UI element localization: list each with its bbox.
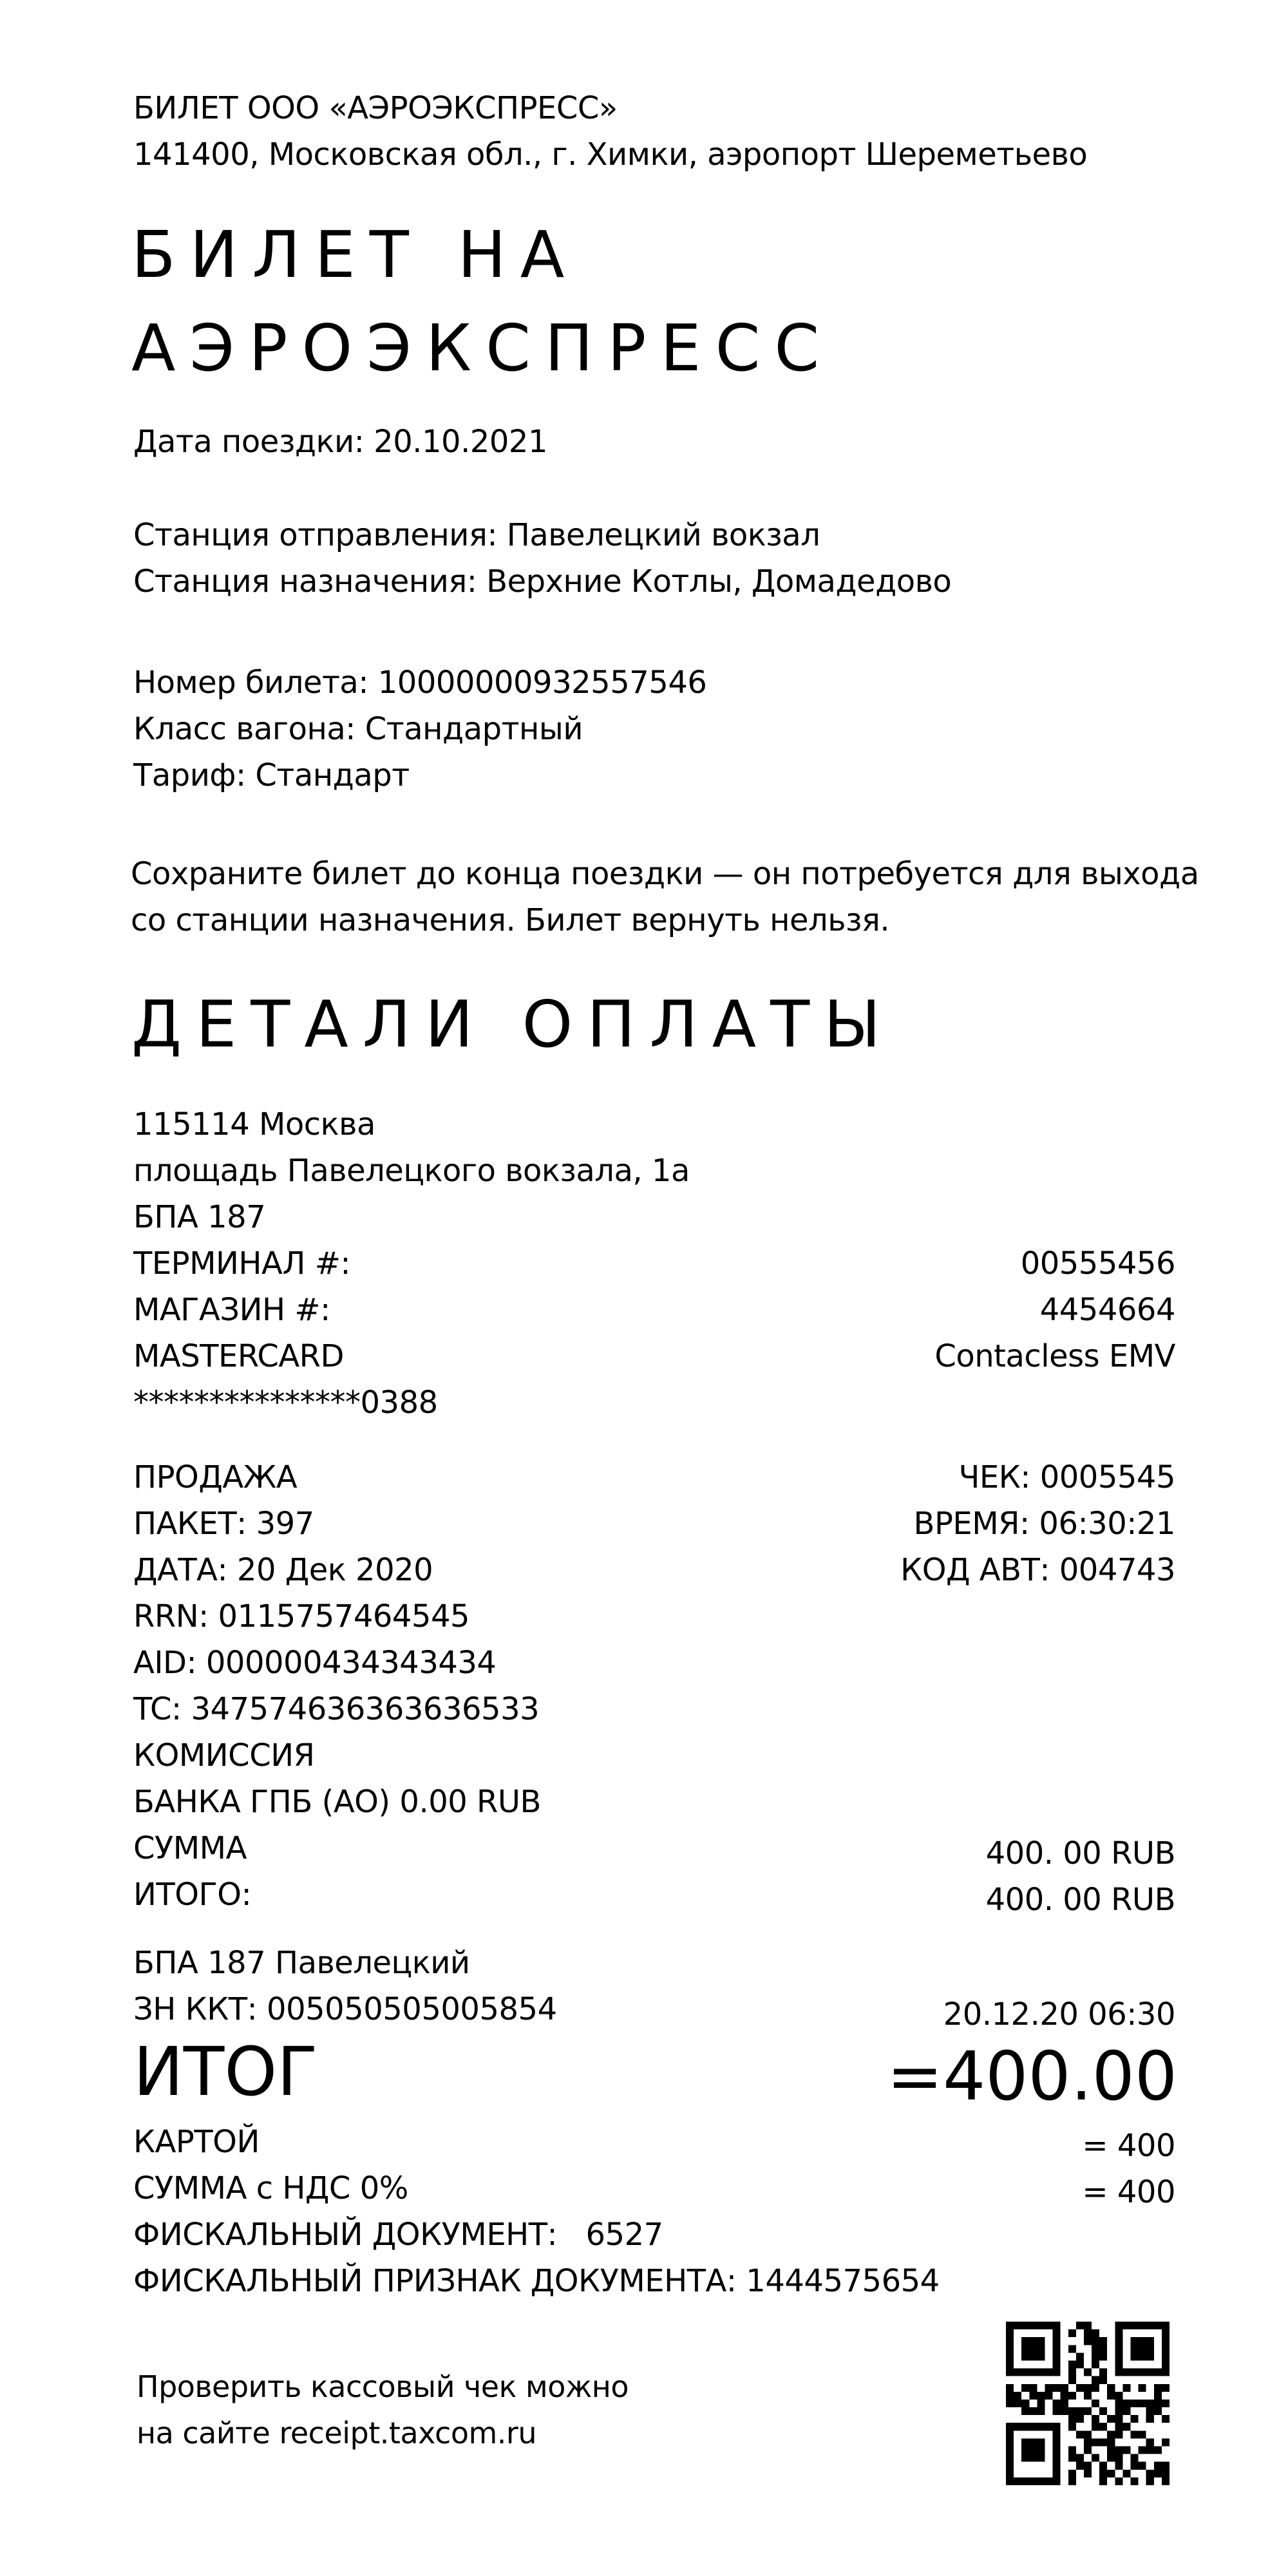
total-value: 400. 00 RUB xyxy=(986,1884,1175,1915)
grand-total-value: =400.00 xyxy=(887,2043,1177,2110)
fiscal-document: ФИСКАЛЬНЫЙ ДОКУМЕНТ: 6527 xyxy=(133,2219,663,2250)
verify-line1: Проверить кассовый чек можно xyxy=(137,2372,629,2401)
trip-date: Дата поездки: 20.10.2021 xyxy=(133,426,547,457)
arrival-station: Станция назначения: Верхние Котлы, Домад… xyxy=(133,566,951,597)
notice-line1: Сохраните билет до конца поездки — он по… xyxy=(131,858,1199,889)
departure-station: Станция отправления: Павелецкий вокзал xyxy=(133,520,820,551)
vat-label: СУММА с НДС 0% xyxy=(133,2173,408,2204)
company-name: БИЛЕТ ООО «АЭРОЭКСПРЕСС» xyxy=(133,93,618,124)
card-type: MASTERCARD xyxy=(133,1341,344,1372)
card-payment-value: = 400 xyxy=(1082,2130,1175,2161)
tariff: Тариф: Стандарт xyxy=(133,760,410,791)
fiscal-sign: ФИСКАЛЬНЫЙ ПРИЗНАК ДОКУМЕНТА: 1444575654 xyxy=(133,2266,940,2297)
payment-city: 115114 Москва xyxy=(133,1109,375,1140)
terminal-label: ТЕРМИНАЛ #: xyxy=(133,1248,350,1279)
transaction-date: ДАТА: 20 Дек 2020 xyxy=(133,1555,433,1586)
transaction-time: ВРЕМЯ: 06:30:21 xyxy=(914,1508,1175,1539)
commission-label: КОМИССИЯ xyxy=(133,1740,314,1771)
check-number: ЧЕК: 0005545 xyxy=(958,1462,1175,1493)
payment-bpa: БПА 187 xyxy=(133,1202,265,1233)
bpa-name: БПА 187 Павелецкий xyxy=(133,1947,470,1978)
tc: TC: 347574636363636533 xyxy=(133,1694,539,1725)
shop-label: МАГАЗИН #: xyxy=(133,1294,330,1325)
sum-value: 400. 00 RUB xyxy=(986,1838,1175,1869)
shop-value: 4454664 xyxy=(1040,1294,1175,1325)
notice-line2: со станции назначения. Билет вернуть нел… xyxy=(131,905,889,936)
ticket-number: Номер билета: 10000000932557546 xyxy=(133,667,706,698)
grand-total-label: ИТОГ xyxy=(133,2038,318,2105)
packet-number: ПАКЕТ: 397 xyxy=(133,1508,314,1539)
total-label: ИТОГО: xyxy=(133,1879,251,1910)
vat-value: = 400 xyxy=(1082,2177,1175,2208)
car-class: Класс вагона: Стандартный xyxy=(133,714,583,744)
terminal-value: 00555456 xyxy=(1021,1248,1175,1279)
auth-code: КОД АВТ: 004743 xyxy=(900,1555,1175,1586)
verify-line2[interactable]: на сайте receipt.taxcom.ru xyxy=(137,2418,536,2448)
commission-value: БАНКА ГПБ (АО) 0.00 RUB xyxy=(133,1786,541,1817)
payment-street: площадь Павелецкого вокзала, 1а xyxy=(133,1155,690,1186)
aid: AID: 000000434343434 xyxy=(133,1647,496,1678)
payment-heading: ДЕТАЛИ ОПЛАТЫ xyxy=(131,992,895,1057)
sum-label: СУММА xyxy=(133,1833,247,1864)
card-mode: Contacless EMV xyxy=(934,1341,1175,1372)
rrn: RRN: 0115757464545 xyxy=(133,1601,469,1632)
qr-code-icon xyxy=(1006,2322,1170,2485)
card-payment-label: КАРТОЙ xyxy=(133,2126,260,2157)
company-address: 141400, Московская обл., г. Химки, аэроп… xyxy=(133,139,1087,170)
ticket-title-line1: БИЛЕТ НА xyxy=(131,223,578,287)
kkt-number: ЗН ККТ: 005050505005854 xyxy=(133,1994,557,2025)
fiscal-datetime: 20.12.20 06:30 xyxy=(943,1999,1175,2030)
sale-label: ПРОДАЖА xyxy=(133,1462,297,1493)
receipt-page: БИЛЕТ ООО «АЭРОЭКСПРЕСС» 141400, Московс… xyxy=(0,0,1288,2576)
card-number: ***************0388 xyxy=(133,1387,438,1418)
ticket-title-line2: АЭРОЭКСПРЕСС xyxy=(131,316,833,381)
